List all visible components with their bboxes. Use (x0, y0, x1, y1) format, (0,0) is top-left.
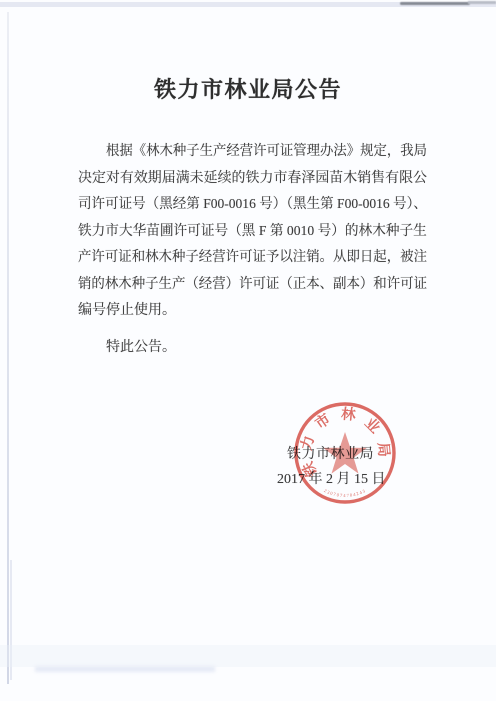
scanned-announcement-page: 铁力市林业局公告 根据《林木种子生产经营许可证管理办法》规定，我局决定对有效期届… (0, 0, 496, 701)
scan-artifact-top-dark-line (400, 2, 470, 5)
announcement-body: 根据《林木种子生产经营许可证管理办法》规定，我局决定对有效期届满未延续的铁力市春… (78, 139, 427, 361)
body-text-line: 销的林木种子生产（经营）许可证（正本、副本）和许可证 (78, 272, 427, 299)
official-seal: 铁 力 市 林 业 局 2307074704243 (284, 392, 406, 514)
seal-star (323, 432, 367, 474)
announcement-title: 铁力市林业局公告 (0, 73, 496, 104)
body-text-line: 铁力市大华苗圃许可证号（黑 F 第 0010 号）的林木种子生 (78, 219, 427, 246)
body-text-line: 司许可证号（黑经第 F00-0016 号）（黑生第 F00-0016 号）、 (78, 192, 427, 219)
seal-char: 力 (298, 434, 318, 452)
scan-artifact-top-corner (468, 1, 496, 4)
seal-char: 局 (374, 442, 392, 458)
body-text-line: 特此公告。 (78, 335, 427, 362)
body-text-line: 根据《林木种子生产经营许可证管理办法》规定，我局 (78, 139, 427, 166)
seal-char: 林 (340, 406, 356, 424)
scan-artifact-bottom-band (0, 645, 496, 667)
body-text-line: 决定对有效期届满未延续的铁力市春泽园苗木销售有限公 (78, 166, 427, 193)
body-text-line: 编号停止使用。 (78, 298, 427, 325)
scan-artifact-left-edge (7, 12, 9, 684)
seal-serial-number: 2307074704243 (323, 488, 367, 498)
body-text-line: 产许可证和林木种子经营许可证予以注销。从即日起，被注 (78, 245, 427, 272)
